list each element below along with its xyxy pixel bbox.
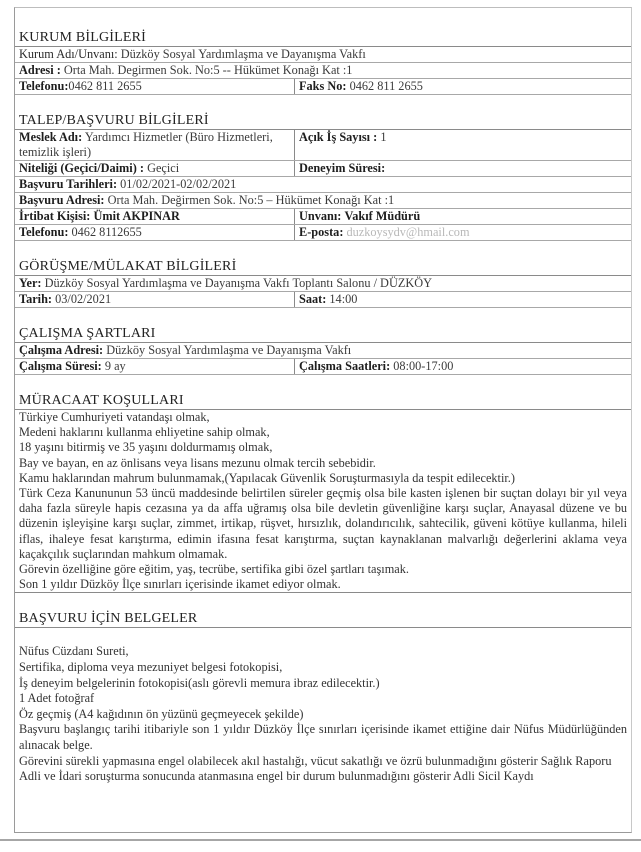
row-kurum-phone-fax: Telefonu:0462 811 2655 Faks No: 0462 811… bbox=[15, 79, 631, 95]
condition-item: Kamu haklarından mahrum bulunmamak,(Yapı… bbox=[19, 471, 627, 486]
document-item: Adli ve İdari soruşturma sonucunda atanm… bbox=[19, 769, 627, 785]
email-label: E-posta: bbox=[299, 225, 343, 239]
top-spacer bbox=[15, 8, 631, 30]
condition-item: Son 1 yıldır Düzköy İlçe sınırları içeri… bbox=[19, 577, 627, 592]
work-address-value: Düzköy Sosyal Yardımlaşma ve Dayanışma V… bbox=[106, 343, 351, 357]
contact-value: Ümit AKPINAR bbox=[93, 209, 179, 223]
row-contact: İrtibat Kişisi: Ümit AKPINAR Unvanı: Vak… bbox=[15, 209, 631, 225]
kurum-fax-label: Faks No: bbox=[299, 79, 346, 93]
kurum-phone-value: 0462 811 2655 bbox=[68, 79, 141, 93]
openings-label: Açık İş Sayısı : bbox=[299, 130, 377, 144]
condition-item: Türk Ceza Kanununun 53 üncü maddesinde b… bbox=[19, 486, 627, 562]
condition-item: Türkiye Cumhuriyeti vatandaşı olmak, bbox=[19, 410, 627, 425]
conditions-list: Türkiye Cumhuriyeti vatandaşı olmak,Mede… bbox=[15, 410, 631, 592]
nature-value: Geçici bbox=[147, 161, 179, 175]
page-edge-rule bbox=[0, 839, 641, 841]
row-apply-address: Başvuru Adresi: Orta Mah. Değirmen Sok. … bbox=[15, 193, 631, 209]
work-hours-label: Çalışma Saatleri: bbox=[299, 359, 390, 373]
section-title-belgeler: BAŞVURU İÇİN BELGELER bbox=[15, 611, 631, 628]
interview-time-value: 14:00 bbox=[329, 292, 357, 306]
document-item: 1 Adet fotoğraf bbox=[19, 691, 627, 707]
profession-label: Meslek Adı: bbox=[19, 130, 82, 144]
interview-date-value: 03/02/2021 bbox=[55, 292, 111, 306]
row-kurum-address: Adresi : Orta Mah. Degirmen Sok. No:5 --… bbox=[15, 63, 631, 79]
section-title-muracaat: MÜRACAAT KOŞULLARI bbox=[15, 393, 631, 410]
contact-title-label: Unvanı: bbox=[299, 209, 341, 223]
apply-address-label: Başvuru Adresi: bbox=[19, 193, 105, 207]
interview-date-label: Tarih: bbox=[19, 292, 52, 306]
row-interview-place: Yer: Düzköy Sosyal Yardımlaşma ve Dayanı… bbox=[15, 276, 631, 292]
document-item: Görevini sürekli yapmasına engel olabile… bbox=[19, 754, 627, 770]
work-hours-value: 08:00-17:00 bbox=[393, 359, 453, 373]
row-nature: Niteliği (Geçici/Daimi) : Geçici Deneyim… bbox=[15, 161, 631, 177]
interview-place-label: Yer: bbox=[19, 276, 42, 290]
contact-phone-value: 0462 8112655 bbox=[72, 225, 142, 239]
kurum-address-label: Adresi : bbox=[19, 63, 61, 77]
row-contact-phone-email: Telefonu: 0462 8112655 E-posta: duzkoysy… bbox=[15, 225, 631, 241]
row-interview-datetime: Tarih: 03/02/2021 Saat: 14:00 bbox=[15, 292, 631, 308]
interview-place-value: Düzköy Sosyal Yardımlaşma ve Dayanışma V… bbox=[45, 276, 432, 290]
work-address-label: Çalışma Adresi: bbox=[19, 343, 103, 357]
row-kurum-name: Kurum Adı/Unvanı: Düzköy Sosyal Yardımla… bbox=[15, 47, 631, 63]
condition-item: Bay ve bayan, en az önlisans veya lisans… bbox=[19, 456, 627, 471]
row-profession: Meslek Adı: Yardımcı Hizmetler (Büro Hiz… bbox=[15, 130, 631, 161]
apply-address-value: Orta Mah. Değirmen Sok. No:5 – Hükümet K… bbox=[108, 193, 395, 207]
documents-list: Nüfus Cüzdanı Sureti,Sertifika, diploma … bbox=[15, 628, 631, 786]
section-gap bbox=[15, 593, 631, 611]
section-title-kurum: KURUM BİLGİLERİ bbox=[15, 30, 631, 47]
condition-item: Medeni haklarını kullanma ehliyetine sah… bbox=[19, 425, 627, 440]
work-duration-label: Çalışma Süresi: bbox=[19, 359, 102, 373]
contact-title-value: Vakıf Müdürü bbox=[344, 209, 420, 223]
row-dates: Başvuru Tarihleri: 01/02/2021-02/02/2021 bbox=[15, 177, 631, 193]
row-work-address: Çalışma Adresi: Düzköy Sosyal Yardımlaşm… bbox=[15, 343, 631, 359]
dates-value: 01/02/2021-02/02/2021 bbox=[120, 177, 236, 191]
experience-label: Deneyim Süresi: bbox=[299, 161, 385, 175]
kurum-fax-value: 0462 811 2655 bbox=[350, 79, 423, 93]
kurum-phone-label: Telefonu: bbox=[19, 79, 68, 93]
document-item: Nüfus Cüzdanı Sureti, bbox=[19, 644, 627, 660]
document-item: Sertifika, diploma veya mezuniyet belges… bbox=[19, 660, 627, 676]
condition-item: 18 yaşını bitirmiş ve 35 yaşını doldurma… bbox=[19, 440, 627, 455]
job-posting-document: KURUM BİLGİLERİ Kurum Adı/Unvanı: Düzköy… bbox=[14, 7, 632, 833]
kurum-name-label: Kurum Adı/Unvanı: bbox=[19, 47, 118, 61]
document-item: Öz geçmiş (A4 kağıdının ön yüzünü geçmey… bbox=[19, 707, 627, 723]
kurum-address-value: Orta Mah. Degirmen Sok. No:5 -- Hükümet … bbox=[64, 63, 353, 77]
contact-label: İrtibat Kişisi: bbox=[19, 209, 90, 223]
condition-item: Görevin özelliğine göre eğitim, yaş, tec… bbox=[19, 562, 627, 577]
document-item: Başvuru başlangıç tarihi itibariyle son … bbox=[19, 722, 627, 753]
row-work-duration-hours: Çalışma Süresi: 9 ay Çalışma Saatleri: 0… bbox=[15, 359, 631, 375]
contact-phone-label: Telefonu: bbox=[19, 225, 68, 239]
section-gap bbox=[15, 95, 631, 113]
section-title-gorusme: GÖRÜŞME/MÜLAKAT BİLGİLERİ bbox=[15, 259, 631, 276]
section-title-talep: TALEP/BAŞVURU BİLGİLERİ bbox=[15, 113, 631, 130]
email-value[interactable]: duzkoysydv@hmail.com bbox=[347, 225, 470, 239]
section-gap bbox=[15, 375, 631, 393]
section-title-calisma: ÇALIŞMA ŞARTLARI bbox=[15, 326, 631, 343]
section-gap bbox=[15, 308, 631, 326]
nature-label: Niteliği (Geçici/Daimi) : bbox=[19, 161, 144, 175]
section-gap bbox=[15, 241, 631, 259]
kurum-name-value: Düzköy Sosyal Yardımlaşma ve Dayanışma V… bbox=[121, 47, 366, 61]
document-item: İş deneyim belgelerinin fotokopisi(aslı … bbox=[19, 676, 627, 692]
openings-value: 1 bbox=[380, 130, 386, 144]
interview-time-label: Saat: bbox=[299, 292, 326, 306]
conditions-block: Türkiye Cumhuriyeti vatandaşı olmak,Mede… bbox=[15, 410, 631, 593]
work-duration-value: 9 ay bbox=[105, 359, 126, 373]
dates-label: Başvuru Tarihleri: bbox=[19, 177, 117, 191]
